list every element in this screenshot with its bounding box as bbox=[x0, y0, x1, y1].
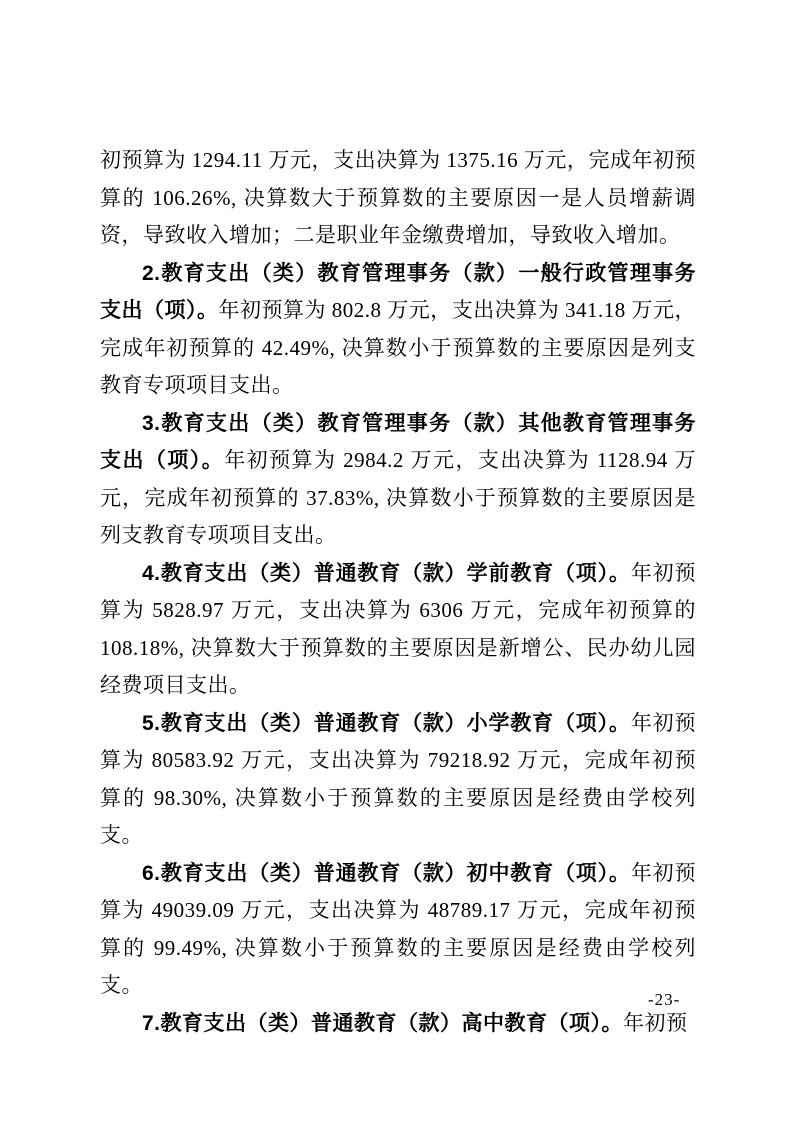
paragraph: 5.教育支出（类）普通教育（款）小学教育（项）。年初预算为 80583.92 万… bbox=[100, 705, 696, 855]
document-page: 初预算为 1294.11 万元，支出决算为 1375.16 万元，完成年初预算的… bbox=[0, 0, 793, 1122]
paragraph: 7.教育支出（类）普通教育（款）高中教育（项）。年初预 bbox=[100, 1005, 696, 1043]
paragraph: 2.教育支出（类）教育管理事务（款）一般行政管理事务支出（项）。年初预算为 80… bbox=[100, 255, 696, 405]
paragraph-heading: 6.教育支出（类）普通教育（款）初中教育（项）。 bbox=[142, 862, 631, 885]
paragraph: 初预算为 1294.11 万元，支出决算为 1375.16 万元，完成年初预算的… bbox=[100, 142, 696, 255]
paragraph-heading: 5.教育支出（类）普通教育（款）小学教育（项）。 bbox=[142, 712, 631, 735]
document-body: 初预算为 1294.11 万元，支出决算为 1375.16 万元，完成年初预算的… bbox=[100, 142, 696, 1042]
paragraph: 6.教育支出（类）普通教育（款）初中教育（项）。年初预算为 49039.09 万… bbox=[100, 855, 696, 1005]
paragraph: 4.教育支出（类）普通教育（款）学前教育（项）。年初预算为 5828.97 万元… bbox=[100, 555, 696, 705]
paragraph-text: 初预算为 1294.11 万元，支出决算为 1375.16 万元，完成年初预算的… bbox=[100, 148, 696, 247]
paragraph-heading: 7.教育支出（类）普通教育（款）高中教育（项）。 bbox=[142, 1012, 623, 1035]
paragraph-heading: 4.教育支出（类）普通教育（款）学前教育（项）。 bbox=[142, 562, 631, 585]
paragraph: 3.教育支出（类）教育管理事务（款）其他教育管理事务支出（项）。年初预算为 29… bbox=[100, 405, 696, 555]
paragraph-text: 年初预 bbox=[623, 1011, 688, 1035]
page-number: -23- bbox=[648, 990, 680, 1010]
